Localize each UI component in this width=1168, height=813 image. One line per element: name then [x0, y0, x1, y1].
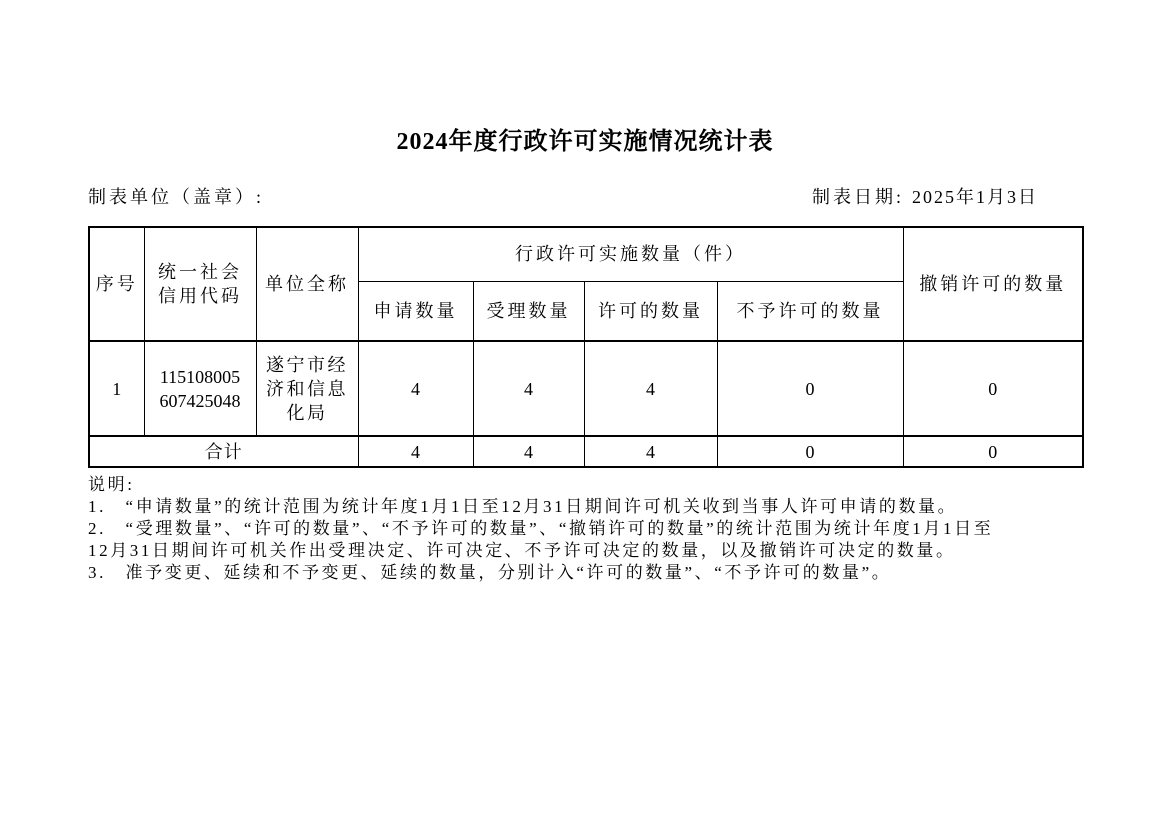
- cell-unit-name: 遂宁市经 济和信息 化局: [256, 341, 358, 436]
- document-page: 2024年度行政许可实施情况统计表 制表单位（盖章）: 制表日期:2025年1月…: [0, 0, 1168, 813]
- col-header-applied: 申请数量: [358, 281, 473, 341]
- cell-accepted: 4: [473, 341, 584, 436]
- col-header-group-license-counts: 行政许可实施数量（件）: [358, 227, 903, 281]
- cell-granted: 4: [584, 341, 717, 436]
- report-date-value: 2025年1月3日: [912, 187, 1038, 207]
- col-header-denied: 不予许可的数量: [717, 281, 903, 341]
- note-item-2: 2. “受理数量”、“许可的数量”、“不予许可的数量”、“撤销许可的数量”的统计…: [88, 518, 1123, 562]
- document-content: 2024年度行政许可实施情况统计表 制表单位（盖章）: 制表日期:2025年1月…: [88, 0, 1123, 584]
- col-header-credit-code: 统一社会 信用代码: [144, 227, 256, 341]
- license-stats-table: 序号 统一社会 信用代码 单位全称 行政许可实施数量（件） 撤销许可的数量 申请…: [88, 226, 1084, 468]
- meta-row: 制表单位（盖章）: 制表日期:2025年1月3日: [88, 184, 1082, 210]
- cell-denied: 0: [717, 341, 903, 436]
- maker-unit-label: 制表单位（盖章）:: [88, 184, 264, 210]
- page-title: 2024年度行政许可实施情况统计表: [88, 127, 1082, 157]
- table-row: 1 115108005 607425048 遂宁市经 济和信息 化局 4 4 4…: [89, 341, 1083, 436]
- report-date: 制表日期:2025年1月3日: [812, 184, 1082, 210]
- header-row-group: 序号 统一社会 信用代码 单位全称 行政许可实施数量（件） 撤销许可的数量: [89, 227, 1083, 281]
- notes-heading: 说明:: [88, 474, 1123, 496]
- total-denied: 0: [717, 436, 903, 467]
- notes-section: 说明: 1. “申请数量”的统计范围为统计年度1月1日至12月31日期间许可机关…: [88, 474, 1123, 584]
- cell-credit-code: 115108005 607425048: [144, 341, 256, 436]
- total-applied: 4: [358, 436, 473, 467]
- total-label: 合计: [89, 436, 358, 467]
- col-header-granted: 许可的数量: [584, 281, 717, 341]
- note-item-3: 3. 准予变更、延续和不予变更、延续的数量，分别计入“许可的数量”、“不予许可的…: [88, 562, 1123, 584]
- total-row: 合计 4 4 4 0 0: [89, 436, 1083, 467]
- total-granted: 4: [584, 436, 717, 467]
- col-header-seq: 序号: [89, 227, 144, 341]
- total-accepted: 4: [473, 436, 584, 467]
- cell-seq: 1: [89, 341, 144, 436]
- report-date-label: 制表日期:: [812, 187, 904, 207]
- col-header-accepted: 受理数量: [473, 281, 584, 341]
- col-header-unit-name: 单位全称: [256, 227, 358, 341]
- col-header-revoked: 撤销许可的数量: [903, 227, 1083, 341]
- note-item-1: 1. “申请数量”的统计范围为统计年度1月1日至12月31日期间许可机关收到当事…: [88, 496, 1123, 518]
- cell-revoked: 0: [903, 341, 1083, 436]
- total-revoked: 0: [903, 436, 1083, 467]
- cell-applied: 4: [358, 341, 473, 436]
